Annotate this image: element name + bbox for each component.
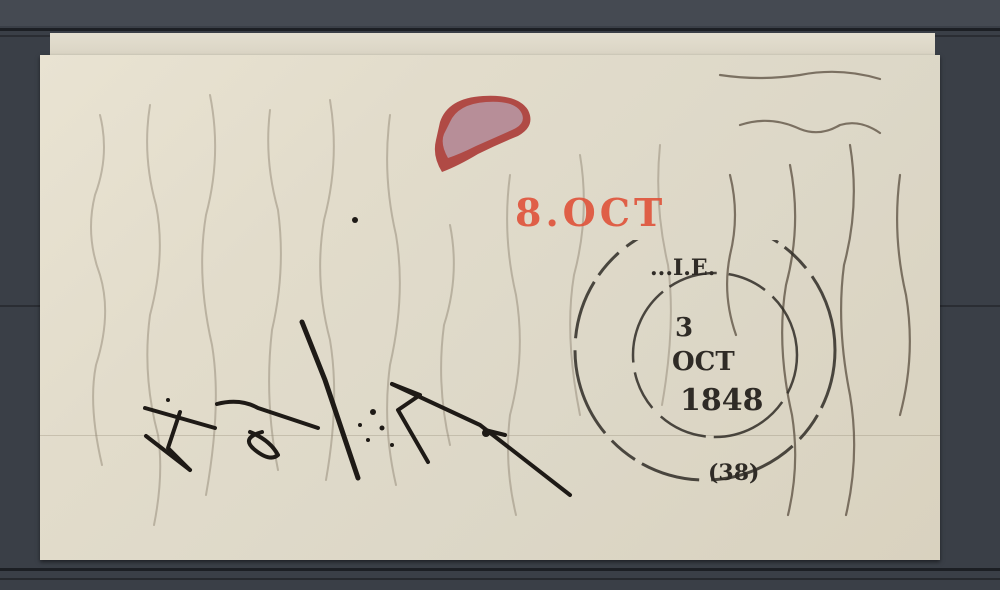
manuscript-rate-marking [0,0,1000,590]
